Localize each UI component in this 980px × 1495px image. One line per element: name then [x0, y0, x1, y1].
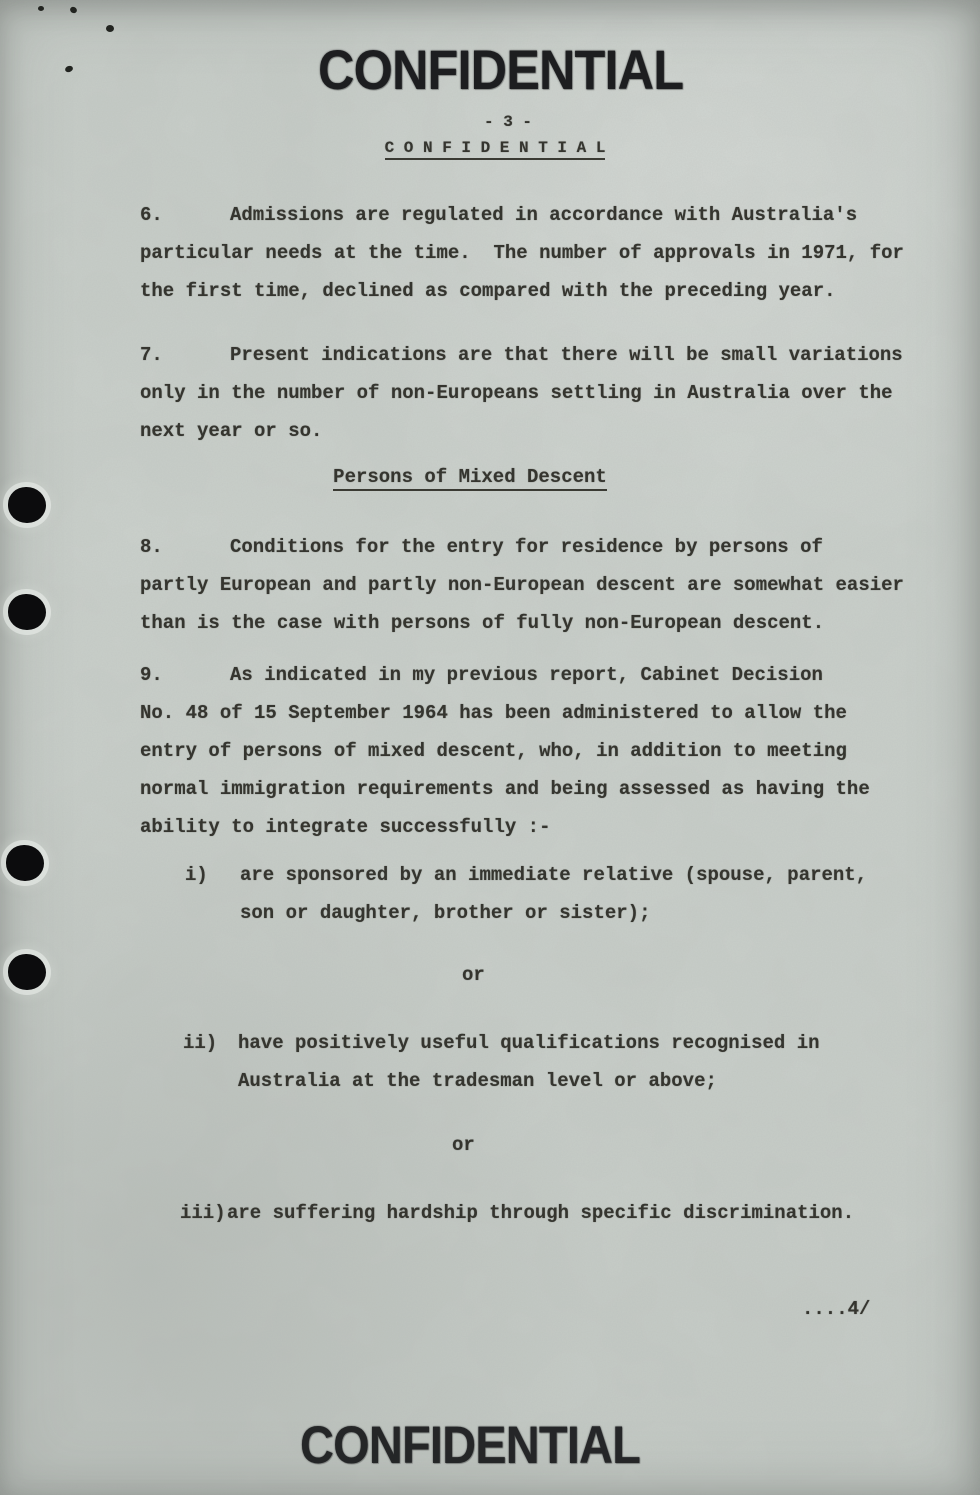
- confidential-stamp-top: CONFIDENTIAL: [318, 38, 683, 102]
- paragraph-8: 8. Conditions for the entry for residenc…: [140, 528, 950, 642]
- or-separator-1: or: [462, 956, 485, 994]
- punch-hole: [8, 594, 46, 630]
- list-item-iii: iii) are suffering hardship through spec…: [180, 1194, 900, 1232]
- list-marker: ii): [183, 1024, 217, 1062]
- paragraph-7: 7. Present indications are that there wi…: [140, 336, 950, 450]
- ink-speck: [38, 6, 44, 11]
- paragraph-text: Admissions are regulated in accordance w…: [140, 196, 950, 310]
- scanned-document-page: CONFIDENTIAL CONFIDENTIAL - 3 - C O N F …: [0, 0, 980, 1495]
- paragraph-number: 7.: [140, 336, 163, 374]
- paragraph-number: 9.: [140, 656, 163, 694]
- section-heading: Persons of Mixed Descent: [333, 466, 607, 491]
- list-item-ii: ii) have positively useful qualification…: [183, 1024, 903, 1100]
- list-text: are sponsored by an immediate relative (…: [240, 856, 905, 932]
- section-heading-line: Persons of Mixed Descent: [0, 458, 960, 496]
- punch-hole: [8, 954, 46, 990]
- paragraph-9: 9. As indicated in my previous report, C…: [140, 656, 950, 846]
- paragraph-number: 6.: [140, 196, 163, 234]
- list-marker: i): [185, 856, 208, 894]
- paragraph-number: 8.: [140, 528, 163, 566]
- page-number: - 3 -: [18, 110, 980, 134]
- paragraph-text: Conditions for the entry for residence b…: [140, 528, 950, 642]
- paragraph-6: 6. Admissions are regulated in accordanc…: [140, 196, 950, 310]
- list-marker: iii): [180, 1194, 226, 1232]
- ink-speck: [69, 6, 78, 15]
- classification-header: C O N F I D E N T I A L: [5, 136, 980, 160]
- continuation-mark: ....4/: [802, 1290, 870, 1328]
- paragraph-text: Present indications are that there will …: [140, 336, 950, 450]
- list-item-i: i) are sponsored by an immediate relativ…: [185, 856, 905, 932]
- or-separator-2: or: [452, 1126, 475, 1164]
- paragraph-text: As indicated in my previous report, Cabi…: [140, 656, 950, 846]
- ink-speck: [64, 65, 74, 73]
- confidential-stamp-bottom: CONFIDENTIAL: [300, 1414, 640, 1475]
- list-text: have positively useful qualifications re…: [238, 1024, 903, 1100]
- classification-text: C O N F I D E N T I A L: [385, 139, 606, 160]
- list-text: are suffering hardship through specific …: [227, 1194, 900, 1232]
- ink-speck: [106, 25, 114, 32]
- punch-hole: [6, 845, 44, 881]
